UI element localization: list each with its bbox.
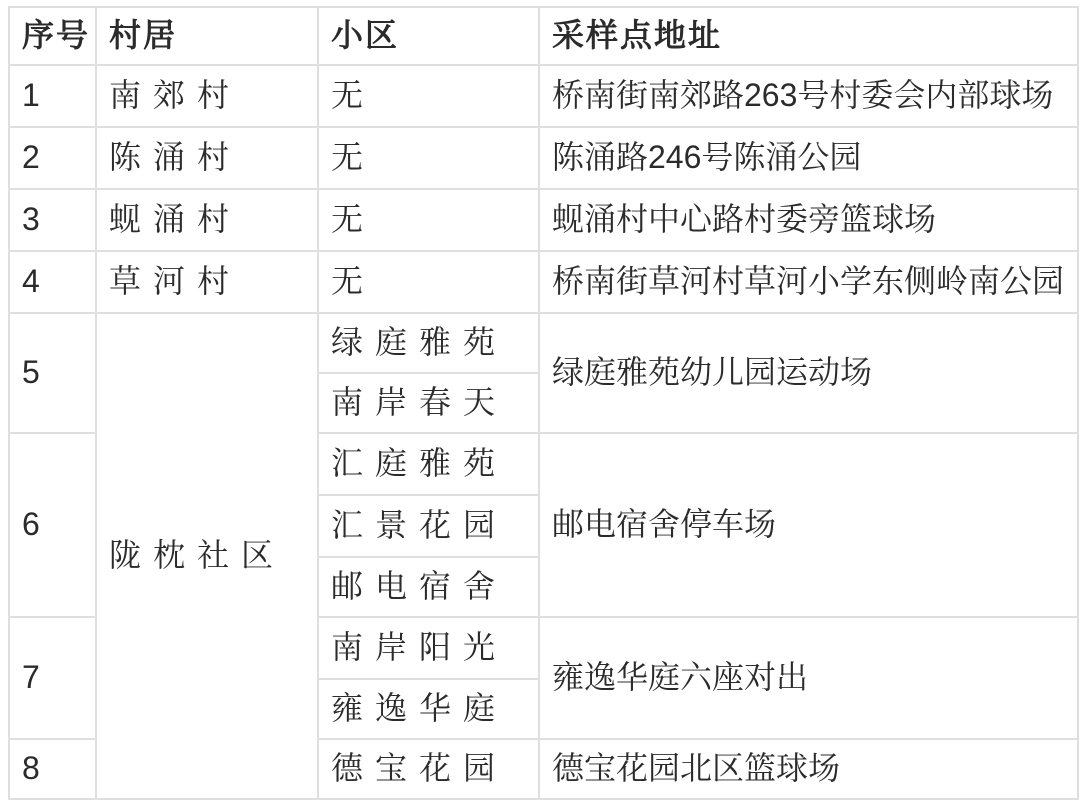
cell-address: 桥南街南郊路263号村委会内部球场 — [539, 65, 1078, 127]
cell-no: 5 — [9, 313, 96, 433]
cell-village: 草河村 — [96, 251, 318, 313]
cell-no: 8 — [9, 739, 96, 799]
table-row: 4 草河村 无 桥南街草河村草河小学东侧岭南公园 — [9, 251, 1078, 313]
cell-community: 南岸春天 — [318, 373, 539, 433]
table-row: 1 南郊村 无 桥南街南郊路263号村委会内部球场 — [9, 65, 1078, 127]
cell-community: 无 — [318, 127, 539, 189]
cell-address: 陈涌路246号陈涌公园 — [539, 127, 1078, 189]
cell-community: 无 — [318, 65, 539, 127]
cell-address: 德宝花园北区篮球场 — [539, 739, 1078, 799]
cell-no: 7 — [9, 617, 96, 739]
cell-address: 绿庭雅苑幼儿园运动场 — [539, 313, 1078, 433]
table-row: 3 蚬涌村 无 蚬涌村中心路村委旁篮球场 — [9, 189, 1078, 251]
cell-community: 无 — [318, 251, 539, 313]
cell-address: 桥南街草河村草河小学东侧岭南公园 — [539, 251, 1078, 313]
cell-no: 6 — [9, 433, 96, 617]
cell-village: 南郊村 — [96, 65, 318, 127]
cell-address: 雍逸华庭六座对出 — [539, 617, 1078, 739]
cell-community: 德宝花园 — [318, 739, 539, 799]
cell-no: 3 — [9, 189, 96, 251]
cell-community: 南岸阳光 — [318, 617, 539, 679]
cell-community: 邮电宿舍 — [318, 557, 539, 617]
cell-community: 雍逸华庭 — [318, 679, 539, 739]
table-row: 2 陈涌村 无 陈涌路246号陈涌公园 — [9, 127, 1078, 189]
cell-community: 汇庭雅苑 — [318, 433, 539, 495]
header-cell-community: 小区 — [318, 7, 539, 65]
cell-no: 4 — [9, 251, 96, 313]
header-cell-address: 采样点地址 — [539, 7, 1078, 65]
header-row: 序号 村居 小区 采样点地址 — [9, 7, 1078, 65]
cell-village-merged: 陇枕社区 — [96, 313, 318, 799]
cell-no: 2 — [9, 127, 96, 189]
cell-no: 1 — [9, 65, 96, 127]
cell-community: 无 — [318, 189, 539, 251]
header-cell-no: 序号 — [9, 7, 96, 65]
sampling-points-table: 序号 村居 小区 采样点地址 1 南郊村 无 桥南街南郊路263号村委会内部球场… — [8, 6, 1079, 800]
cell-community: 汇景花园 — [318, 495, 539, 557]
table-row: 5 陇枕社区 绿庭雅苑 绿庭雅苑幼儿园运动场 — [9, 313, 1078, 373]
cell-village: 蚬涌村 — [96, 189, 318, 251]
header-cell-village: 村居 — [96, 7, 318, 65]
cell-address: 邮电宿舍停车场 — [539, 433, 1078, 617]
cell-address: 蚬涌村中心路村委旁篮球场 — [539, 189, 1078, 251]
cell-community: 绿庭雅苑 — [318, 313, 539, 373]
cell-village: 陈涌村 — [96, 127, 318, 189]
